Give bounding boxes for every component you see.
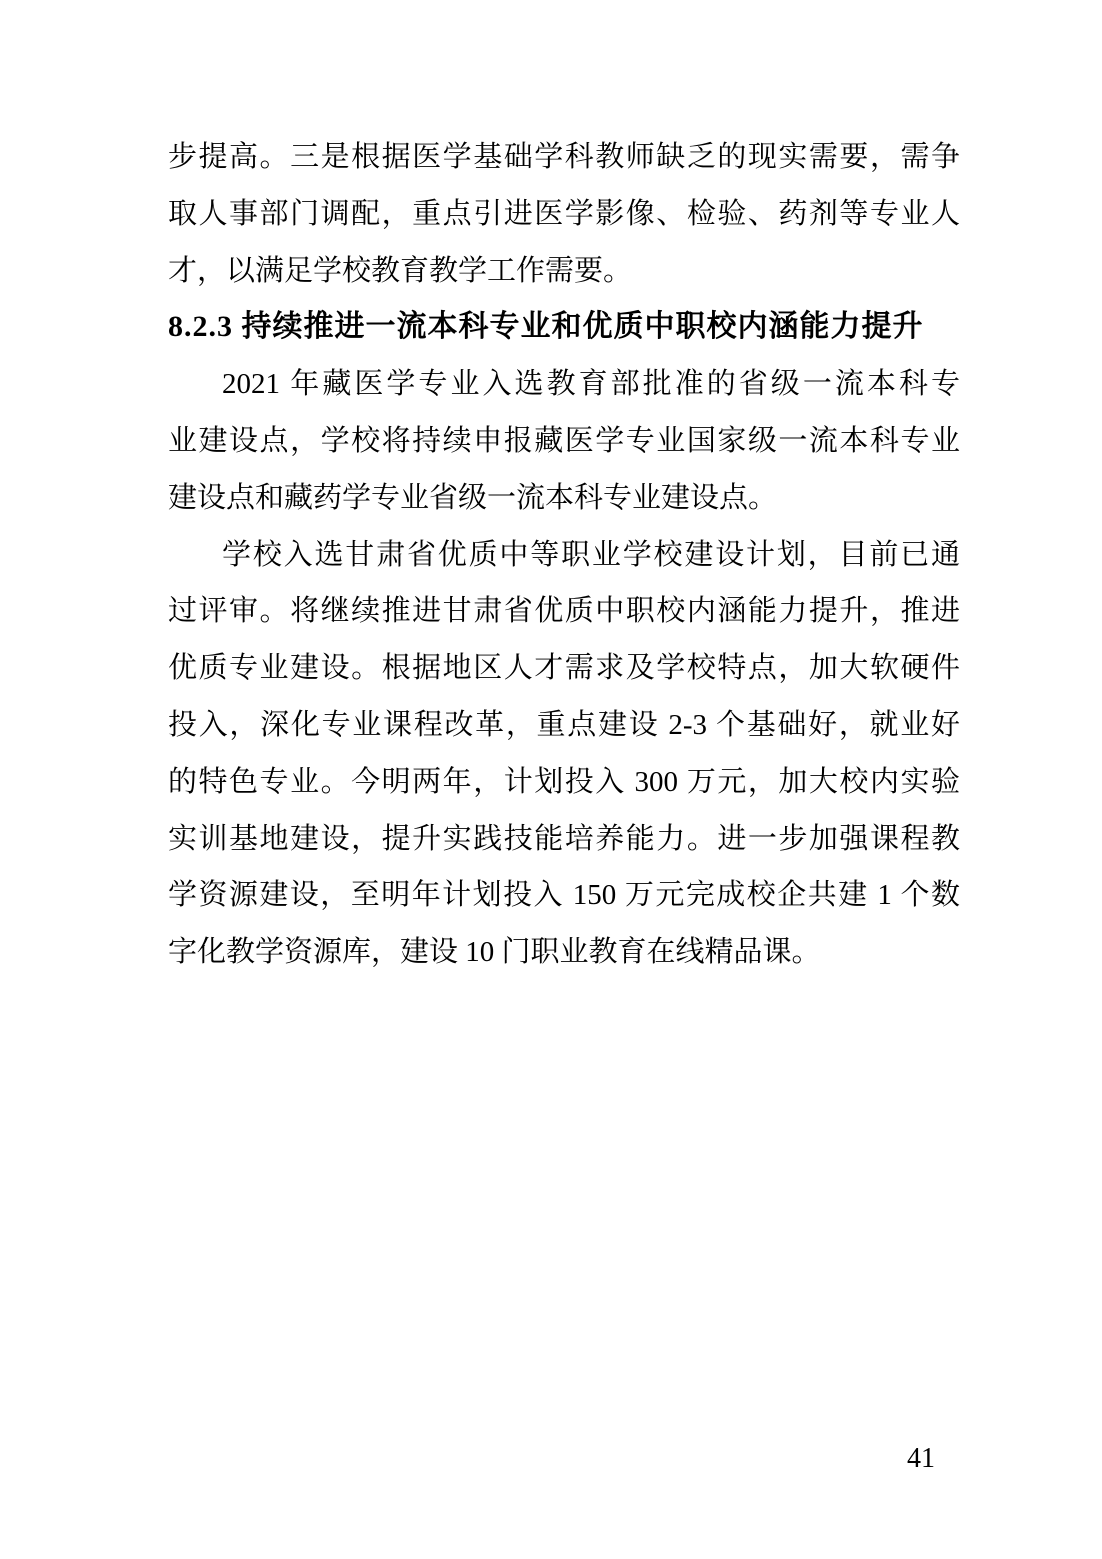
text-line: 学校入选甘肃省优质中等职业学校建设计划，目前已通: [168, 527, 960, 584]
text-line: 学资源建设，至明年计划投入 150 万元完成校企共建 1 个数: [168, 867, 960, 924]
document-content: 步提高。三是根据医学基础学科教师缺乏的现实需要，需争 取人事部门调配，重点引进医…: [168, 129, 960, 981]
text-line: 步提高。三是根据医学基础学科教师缺乏的现实需要，需争: [168, 129, 960, 186]
text-line: 取人事部门调配，重点引进医学影像、检验、药剂等专业人: [168, 186, 960, 243]
page-number: 41: [168, 1442, 935, 1476]
text-line: 过评审。将继续推进甘肃省优质中职校内涵能力提升，推进: [168, 583, 960, 640]
text-line: 字化教学资源库，建设 10 门职业教育在线精品课。: [168, 924, 960, 981]
text-line: 才，以满足学校教育教学工作需要。: [168, 243, 960, 300]
text-line: 优质专业建设。根据地区人才需求及学校特点，加大软硬件: [168, 640, 960, 697]
text-line: 2021 年藏医学专业入选教育部批准的省级一流本科专: [168, 356, 960, 413]
text-line: 实训基地建设，提升实践技能培养能力。进一步加强课程教: [168, 811, 960, 868]
text-line: 业建设点，学校将持续申报藏医学专业国家级一流本科专业: [168, 413, 960, 470]
text-line: 的特色专业。今明两年，计划投入 300 万元，加大校内实验: [168, 754, 960, 811]
document-page: 步提高。三是根据医学基础学科教师缺乏的现实需要，需争 取人事部门调配，重点引进医…: [0, 0, 1102, 1559]
text-line: 投入，深化专业课程改革，重点建设 2-3 个基础好，就业好: [168, 697, 960, 754]
text-line: 建设点和藏药学专业省级一流本科专业建设点。: [168, 470, 960, 527]
section-heading: 8.2.3 持续推进一流本科专业和优质中职校内涵能力提升: [168, 299, 960, 356]
